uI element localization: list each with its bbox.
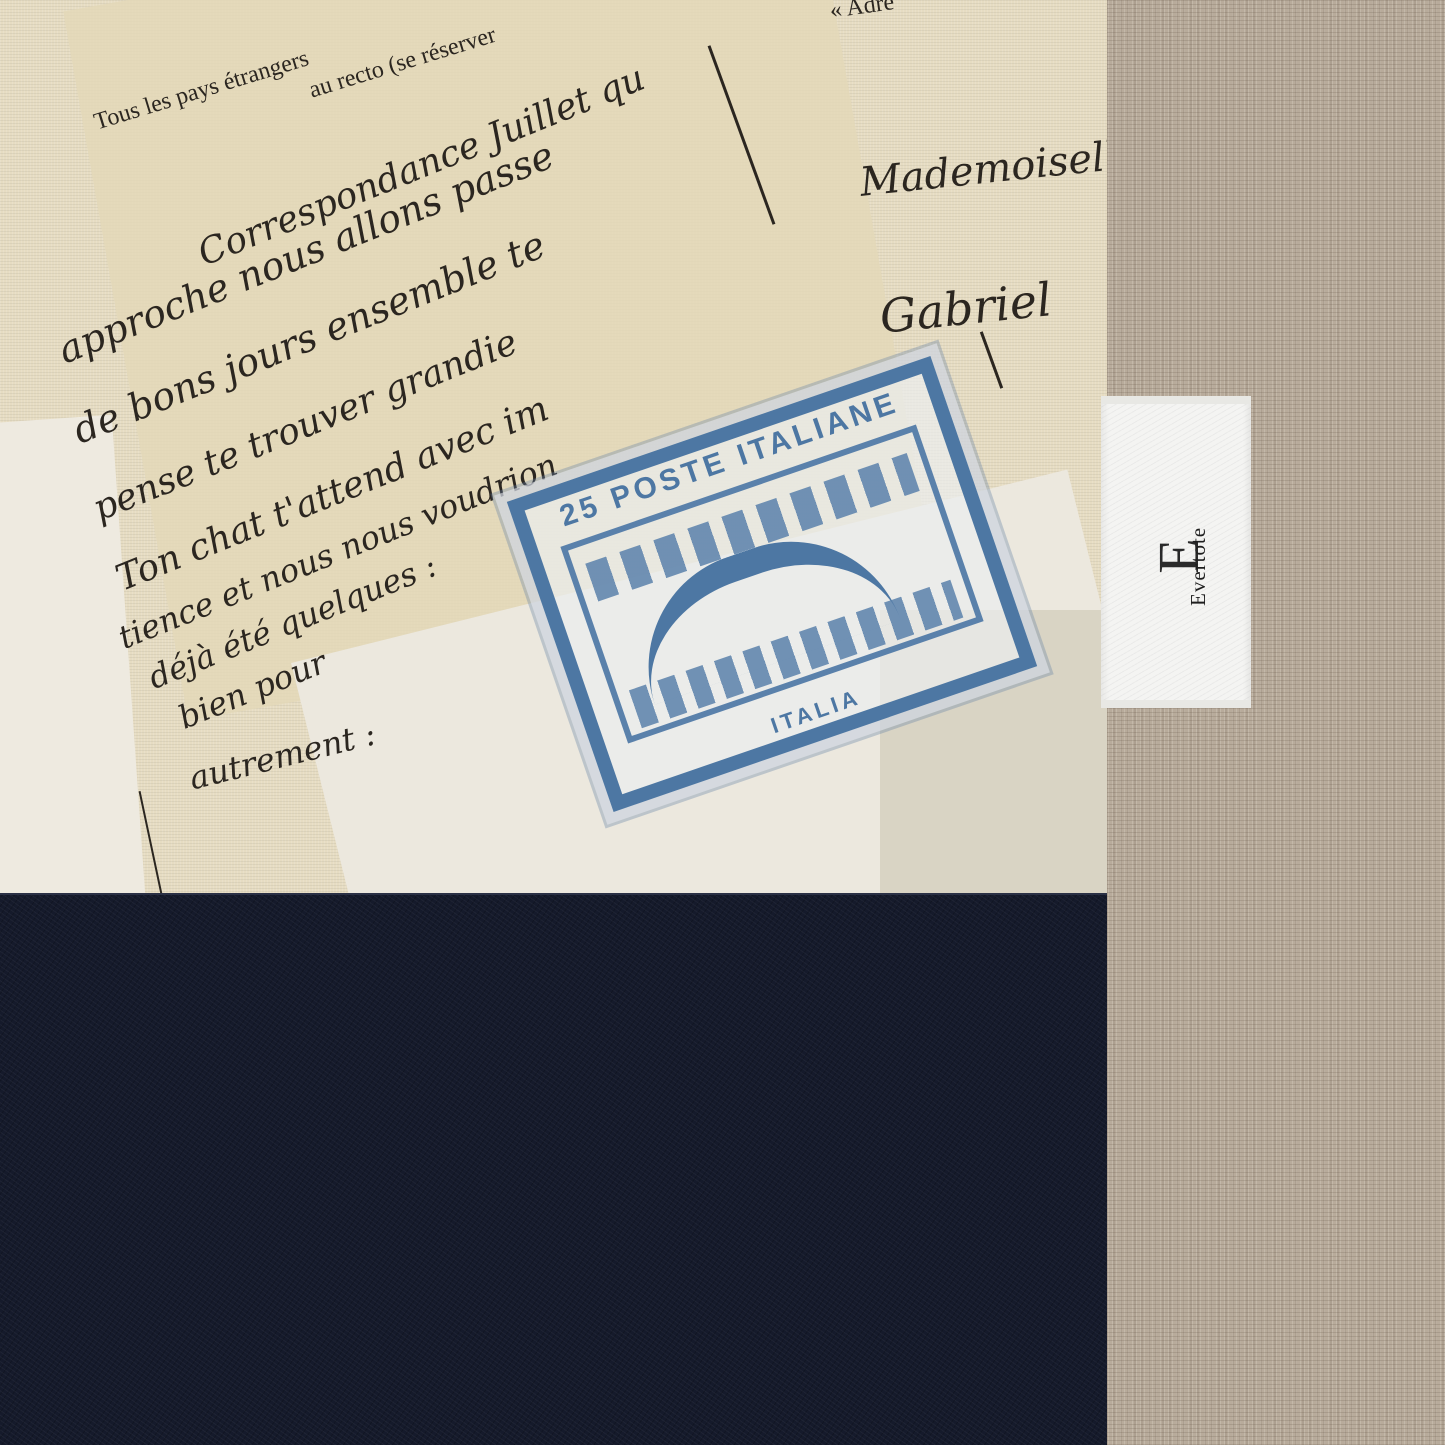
ink-rule — [980, 331, 1003, 388]
label-hem — [1101, 700, 1251, 708]
label-hem — [1101, 396, 1251, 404]
brand-name: Evertote — [1186, 527, 1211, 606]
postcard-print-fabric: Tous les pays étrangers au recto (se rés… — [0, 0, 1107, 895]
navy-twill-panel — [0, 895, 1107, 1445]
handwriting-line: Gabriel — [877, 272, 1054, 344]
printed-text-line: « Adre — [828, 0, 896, 25]
handwriting-line: Mademoiselle — [858, 131, 1107, 206]
brand-label: E Evertote — [1101, 396, 1251, 708]
